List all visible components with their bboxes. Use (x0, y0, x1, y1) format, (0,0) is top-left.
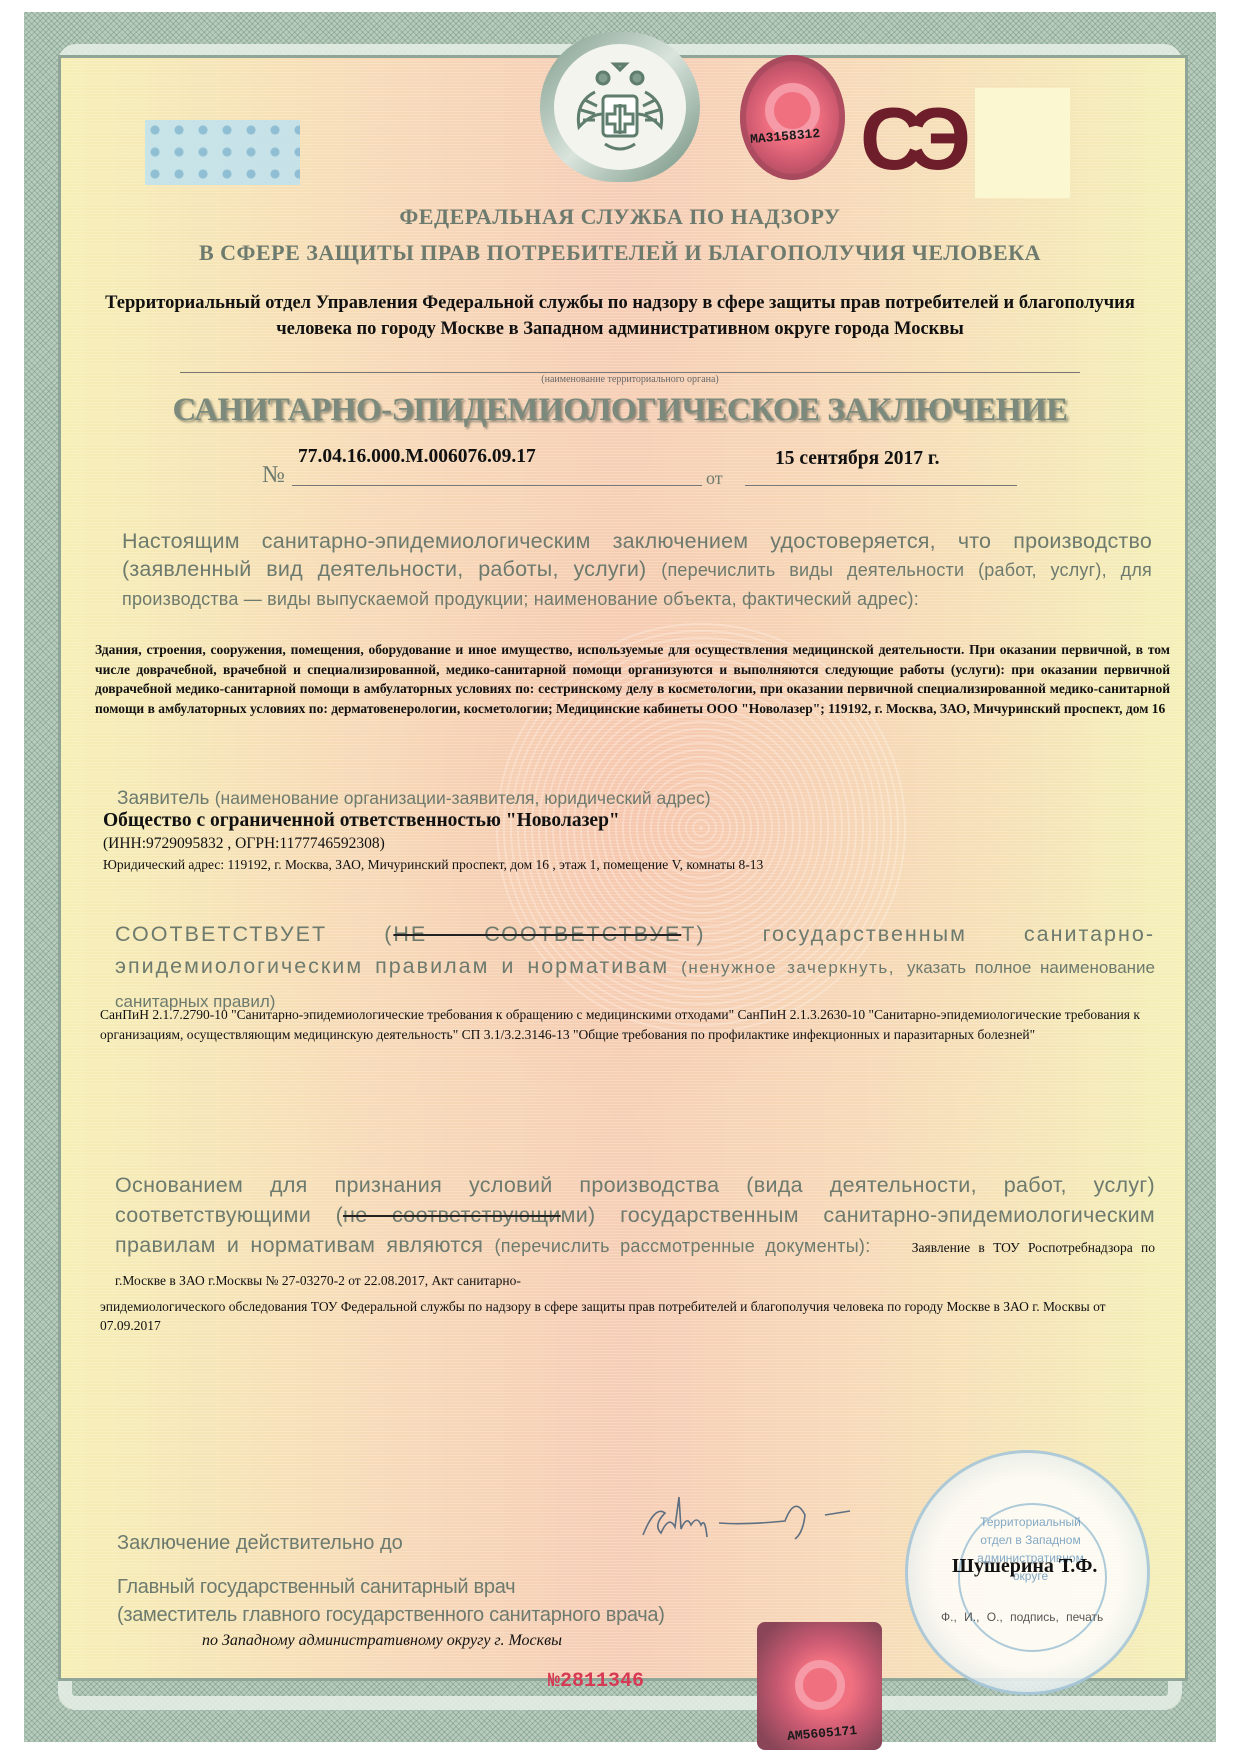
applicant-label-hint: (наименование организации-заявителя, юри… (215, 788, 711, 808)
stamp-text-line: Территориальный (908, 1513, 1153, 1531)
agency-heading-line1: ФЕДЕРАЛЬНАЯ СЛУЖБА ПО НАДЗОРУ (0, 204, 1240, 230)
basis-documents-rest: эпидемиологического обследования ТОУ Фед… (100, 1297, 1150, 1335)
signature-icon (635, 1485, 885, 1545)
hologram-c-mark-icon (795, 1660, 845, 1710)
chief-doctor-district: по Западному административному округу г.… (202, 1632, 562, 1650)
se-logo-icon: СЭ (860, 95, 957, 183)
conformity-struck-suffix: Т) (681, 922, 705, 946)
conformity-status: СООТВЕТСТВУЕТ (115, 922, 327, 946)
top-hologram-seal-icon: МА3158312 (740, 55, 845, 180)
number-sign: № (262, 462, 285, 489)
basis-statement: Основанием для признания условий произво… (115, 1170, 1155, 1296)
bottom-hologram-seal-icon: АМ5605171 (757, 1622, 882, 1750)
stamp-text-line: отдел в Западном (908, 1531, 1153, 1549)
conclusion-number: 77.04.16.000.М.006076.09.17 (298, 446, 536, 468)
activity-description: Здания, строения, сооружения, помещения,… (95, 640, 1170, 718)
territorial-body-underline (180, 372, 1080, 373)
basis-hint: (перечислить рассмотренные документы): (494, 1236, 870, 1256)
territorial-body: Территориальный отдел Управления Федерал… (100, 290, 1140, 342)
basis-struck-prefix: ( (336, 1203, 343, 1227)
conformity-statement: СООТВЕТСТВУЕТ (НЕ СООТВЕТСТВУЕТ) государ… (115, 918, 1155, 1018)
applicant-ids: (ИНН:9729095832 , ОГРН:1177746592308) (103, 835, 385, 853)
date-underline (745, 485, 1017, 486)
sanitary-rules-list: СанПиН 2.1.7.2790-10 "Санитарно-эпидемио… (100, 1005, 1150, 1045)
chief-doctor-deputy: (заместитель главного государственного с… (117, 1604, 665, 1627)
top-hologram-serial: МА3158312 (749, 126, 820, 147)
conformity-struck-option: НЕ СООТВЕТСТВУЕ (393, 922, 681, 946)
basis-struck-suffix: ми) (561, 1203, 596, 1227)
number-underline (292, 485, 702, 486)
applicant-legal-address: Юридический адрес: 119192, г. Москва, ЗА… (103, 857, 763, 873)
chief-doctor-title: Главный государственный санитарный врач (117, 1576, 515, 1599)
document-title: САНИТАРНО-ЭПИДЕМИОЛОГИЧЕСКОЕ ЗАКЛЮЧЕНИЕ (0, 392, 1240, 429)
applicant-name: Общество с ограниченной ответственностью… (103, 810, 620, 832)
date-prefix: от (706, 468, 723, 489)
certification-intro: Настоящим санитарно-эпидемиологическим з… (122, 527, 1152, 613)
applicant-label-main: Заявитель (117, 788, 209, 809)
agency-heading-line2: В СФЕРЕ ЗАЩИТЫ ПРАВ ПОТРЕБИТЕЛЕЙ И БЛАГО… (0, 240, 1240, 266)
signer-caption: Ф., И., О., подпись, печать (941, 1610, 1103, 1624)
territorial-body-caption: (наименование территориального органа) (180, 374, 1080, 385)
hologram-strip (145, 120, 300, 185)
blank-number: №2811346 (548, 1670, 644, 1693)
bottom-hologram-serial: АМ5605171 (786, 1723, 857, 1744)
valid-until-label: Заключение действительно до (117, 1532, 403, 1555)
basis-struck-option: не соответствующи (343, 1203, 561, 1227)
conclusion-date: 15 сентября 2017 г. (775, 448, 939, 470)
eagle-icon (565, 52, 675, 162)
double-headed-eagle-emblem-icon (540, 32, 700, 182)
signer-name: Шушерина Т.Ф. (952, 1555, 1097, 1578)
conformity-struck-prefix: ( (384, 922, 393, 946)
blank-box (975, 88, 1070, 198)
applicant-label: Заявитель (наименование организации-заяв… (117, 788, 711, 810)
conformity-hint-a: (ненужное зачеркнуть, (681, 958, 895, 977)
emblem-face (554, 44, 686, 170)
